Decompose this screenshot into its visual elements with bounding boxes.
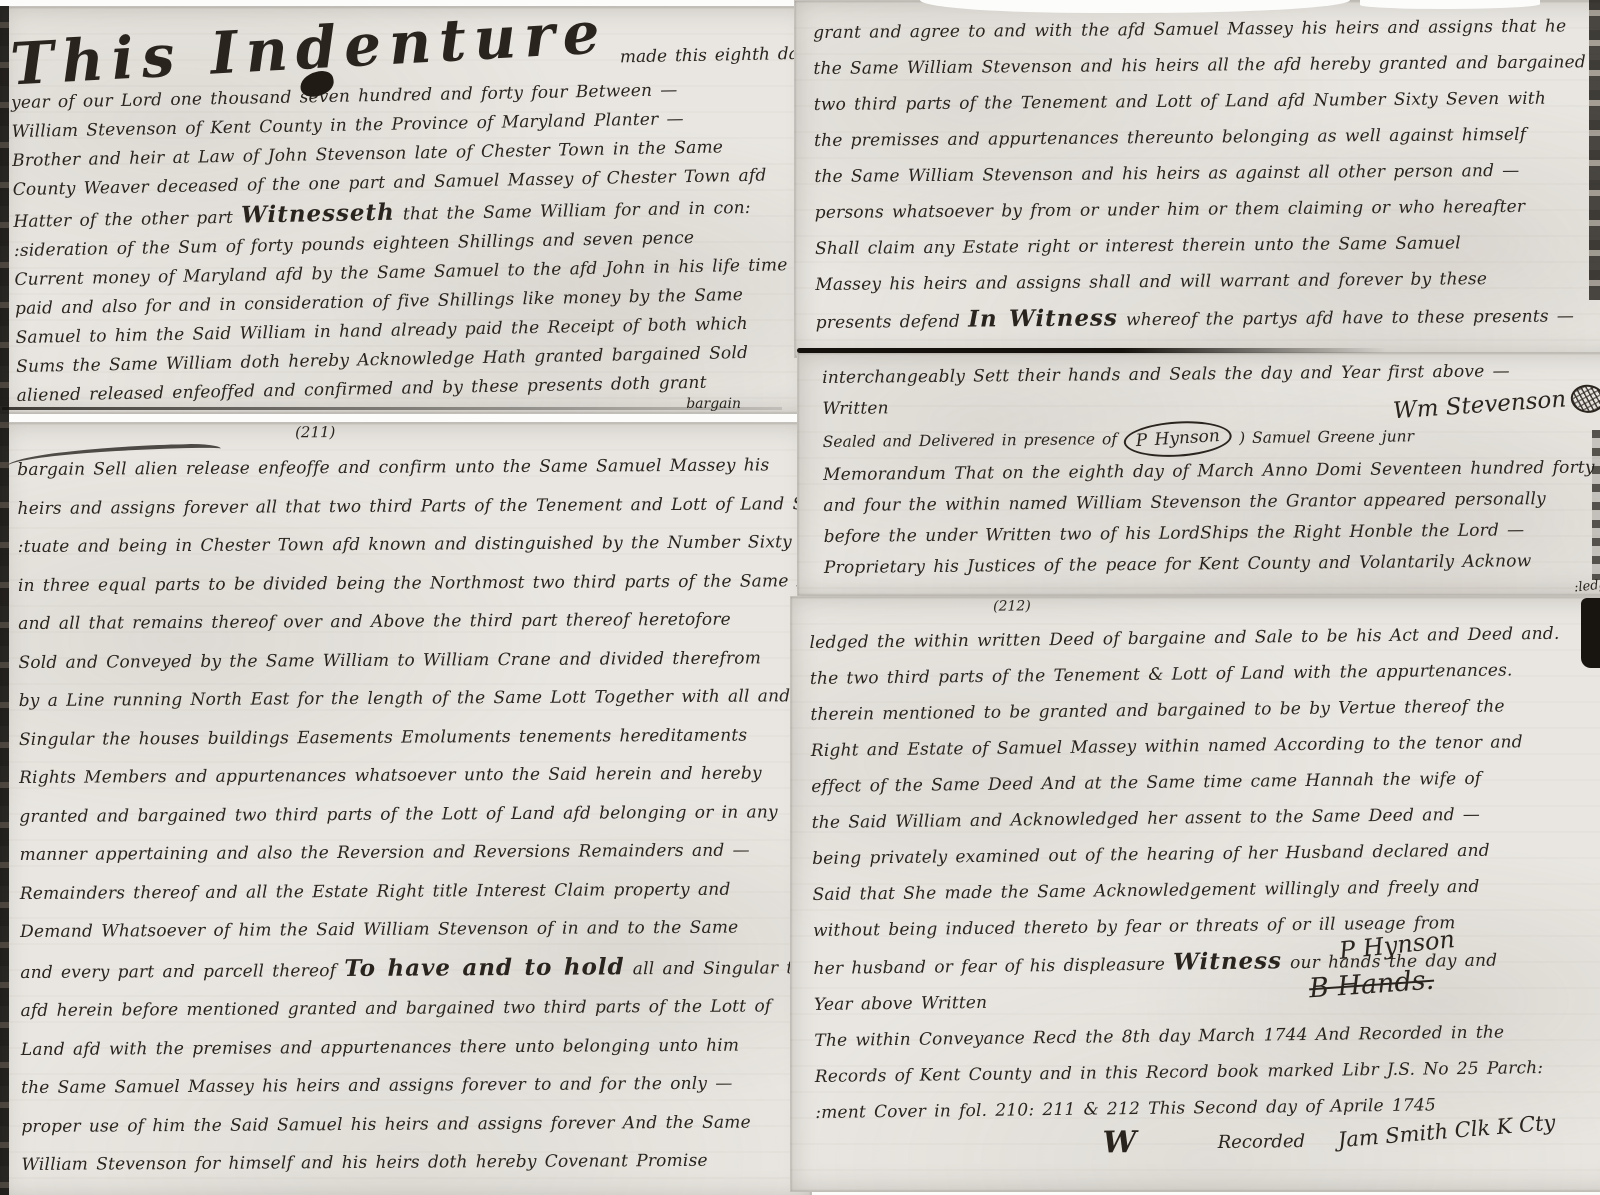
- emphasized-word: To have and to hold: [344, 953, 625, 982]
- page-edge-shadow: [1581, 598, 1600, 668]
- manuscript-line: Demand Whatsoever of him the Said Willia…: [20, 908, 806, 951]
- page-middle-right: interchangeably Sett their hands and Sea…: [797, 352, 1600, 596]
- page-edge-shadow: [1592, 430, 1600, 580]
- manuscript-line: in three equal parts to be divided being…: [18, 562, 804, 605]
- wax-seal: [1569, 383, 1600, 414]
- manuscript-line: William Stevenson for himself and his he…: [21, 1141, 807, 1184]
- manuscript-line: by a Line running North East for the len…: [19, 677, 805, 720]
- book-gutter-edge: [0, 6, 9, 1195]
- scanned-deed-document: This Indenture made this eighth day of M…: [0, 0, 1600, 1195]
- page-content: (211) bargain Sell alien release enfeoff…: [17, 422, 808, 1184]
- flourish-w-mark: W: [1102, 1125, 1136, 1160]
- manuscript-line: proper use of him the Said Samuel his he…: [21, 1103, 807, 1146]
- manuscript-line: heirs and assigns forever all that two t…: [17, 485, 803, 528]
- recorded-label: Recorded: [1218, 1131, 1306, 1153]
- page-top-left: This Indenture made this eighth day of M…: [0, 6, 814, 414]
- page-edge-shadow: [1589, 0, 1600, 300]
- recording-clause: The within Conveyance Recd the 8th day M…: [814, 1013, 1600, 1131]
- manuscript-line: manner appertaining and also the Reversi…: [20, 831, 806, 874]
- manuscript-line: Sold and Conveyed by the Same William to…: [18, 639, 804, 682]
- manuscript-line: Land afd with the premises and appurtena…: [21, 1026, 807, 1069]
- recording-footer: W Recorded Jam Smith Clk K Cty: [815, 1121, 1600, 1177]
- manuscript-line: and every part and parcell thereof To ha…: [20, 947, 806, 992]
- page-bottom-left: (211) bargain Sell alien release enfeoff…: [0, 422, 812, 1195]
- emphasized-word: Witnesseth: [241, 199, 395, 229]
- page-bottom-right: (212) ledged the within written Deed of …: [790, 596, 1600, 1192]
- manuscript-line: Singular the houses buildings Easements …: [19, 716, 805, 759]
- manuscript-line: Rights Members and appurtenances whatsoe…: [19, 754, 805, 797]
- manuscript-line: granted and bargained two third parts of…: [19, 793, 805, 836]
- manuscript-line: persons whatsoever by from or under him …: [815, 188, 1600, 231]
- manuscript-line: Proprietary his Justices of the peace fo…: [824, 545, 1600, 584]
- emphasized-word: Witness: [1173, 947, 1282, 975]
- emphasized-word: In Witness: [968, 304, 1118, 332]
- manuscript-line: afd herein before mentioned granted and …: [20, 987, 806, 1030]
- page-content: (212) ledged the within written Deed of …: [809, 596, 1600, 1177]
- manuscript-line: the Same Samuel Massey his heirs and ass…: [21, 1064, 807, 1107]
- manuscript-line: presents defend In Witness whereof the p…: [816, 296, 1600, 341]
- page-content: interchangeably Sett their hands and Sea…: [822, 355, 1600, 584]
- page-top-right: grant and agree to and with the afd Samu…: [794, 0, 1600, 358]
- signature-samuel-greene: ) Samuel Greene junr: [1239, 427, 1414, 447]
- folio-number: (211): [295, 422, 803, 449]
- manuscript-line: and all that remains thereof over and Ab…: [18, 600, 804, 643]
- manuscript-line: :tuate and being in Chester Town afd kno…: [18, 523, 804, 566]
- divider-rule: [2, 407, 782, 410]
- page-content: grant and agree to and with the afd Samu…: [813, 8, 1600, 341]
- page-content: This Indenture made this eighth day of M…: [9, 6, 803, 411]
- signature-p-hynson: P Hynson: [1123, 418, 1233, 460]
- divider-rule: [797, 348, 1387, 353]
- manuscript-line: Remainders thereof and all the Estate Ri…: [20, 870, 806, 913]
